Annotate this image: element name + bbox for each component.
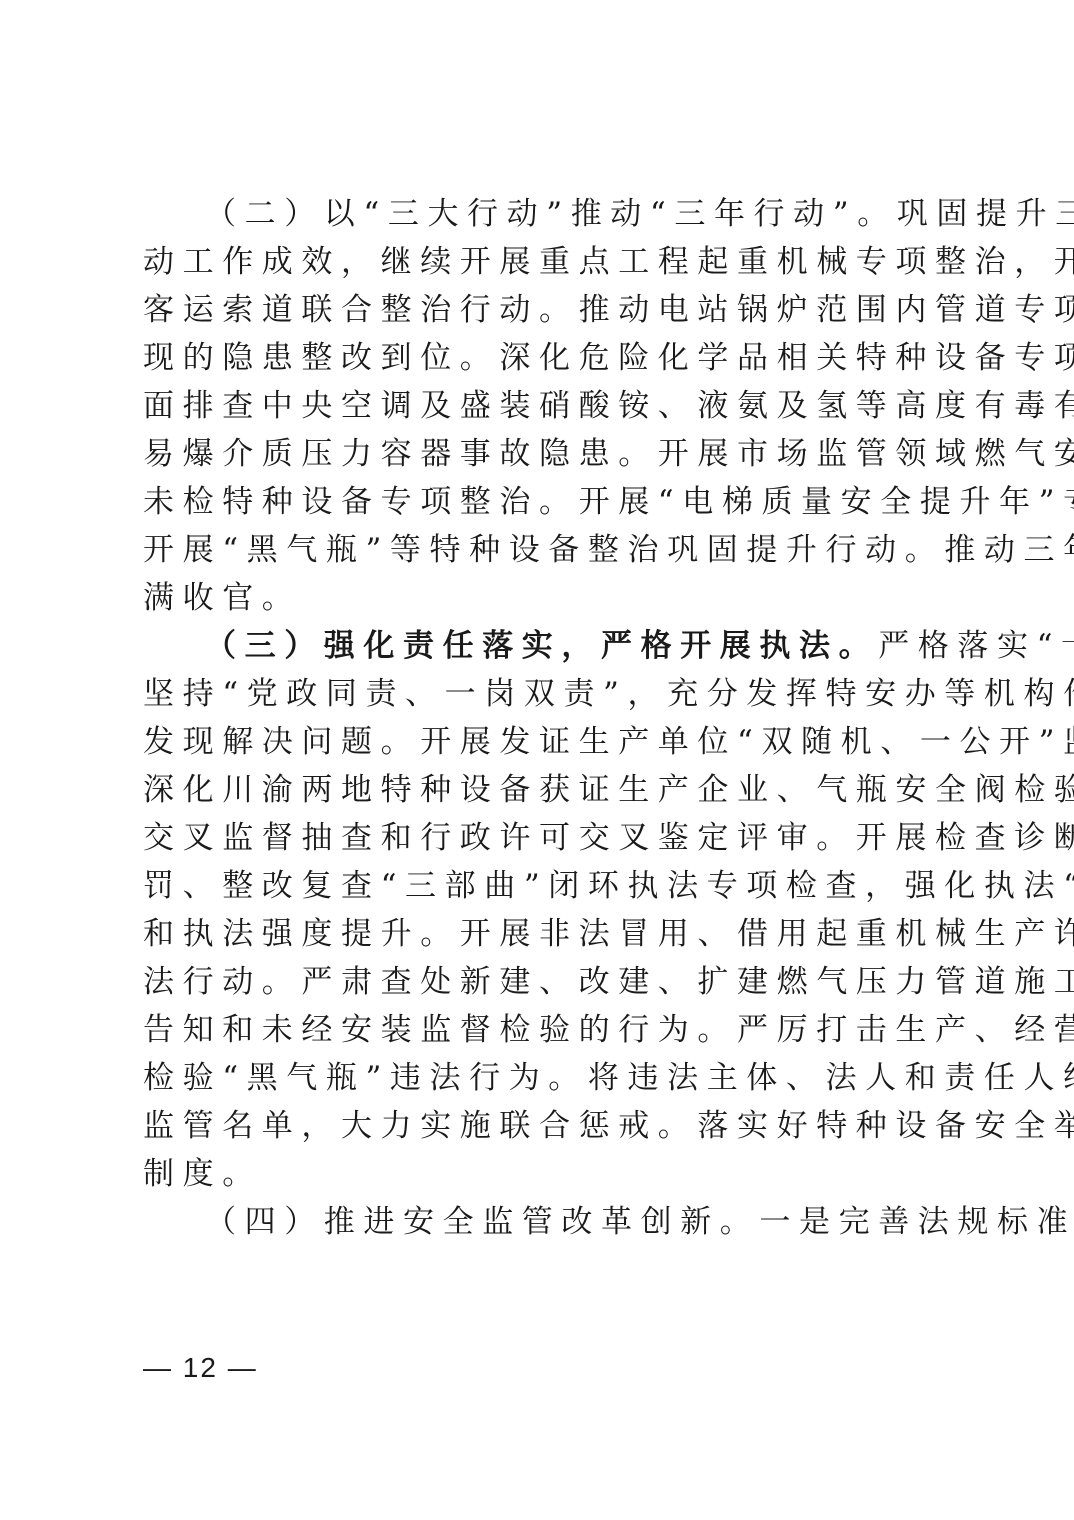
paragraph-3-line-3: 发现解决问题。开展发证生产单位“双随机、一公开”监督检查， [143,718,937,766]
paragraph-2-line-6: 易爆介质压力容器事故隐患。开展市场监管领域燃气安全、超期 [143,430,937,478]
section-heading-3: （三）强化责任落实，严格开展执法。 [205,628,878,664]
paragraph-3-line-6: 罚、整改复查“三部曲”闭环执法专项检查，强化执法“清零” [143,862,937,910]
paragraph-3-line-7: 和执法强度提升。开展非法冒用、借用起重机械生产许可集中执 [143,910,937,958]
section-heading-4: （四）推进安全监管改革创新。 [205,1204,759,1240]
paragraph-3-line-1: （三）强化责任落实，严格开展执法。严格落实“十条措施”， [143,622,937,670]
paragraph-3-line-10: 检验“黑气瓶”违法行为。将违法主体、法人和责任人纳入信用 [143,1054,937,1102]
paragraph-3-line-5: 交叉监督抽查和行政许可交叉鉴定评审。开展检查诊断、行政处 [143,814,937,862]
paragraph-3-line-9: 告知和未经安装监督检验的行为。严厉打击生产、经营、充装、 [143,1006,937,1054]
paragraph-2-line-5: 面排查中央空调及盛装硝酸铵、液氨及氢等高度有毒有害和易燃 [143,382,937,430]
paragraph-2-line-8: 开展“黑气瓶”等特种设备整治巩固提升行动。推动三年行动圆 [143,526,937,574]
paragraph-2-line-7: 未检特种设备专项整治。开展“电梯质量安全提升年”专项行动。 [143,478,937,526]
paragraph-2-line-4: 现的隐患整改到位。深化危险化学品相关特种设备专项治理，全 [143,334,937,382]
paragraph-4-line-1: （四）推进安全监管改革创新。一是完善法规标准体系。修 [143,1198,937,1246]
paragraph-2-line-2: 动工作成效，继续开展重点工程起重机械专项整治，开展滑雪场 [143,238,937,286]
paragraph-4-heading-rest: 一是完善法规标准体系。修 [759,1204,1074,1240]
page-number: — 12 — [143,1352,258,1384]
paragraph-3-line-2: 坚持“党政同责、一岗双责”，充分发挥特安办等机构作用，及时 [143,670,937,718]
paragraph-2-line-9: 满收官。 [143,574,937,622]
paragraph-3-line-12: 制度。 [143,1150,937,1198]
paragraph-2-line-1: （二）以“三大行动”推动“三年行动”。巩固提升三年行 [143,190,937,238]
document-page: （二）以“三大行动”推动“三年行动”。巩固提升三年行 动工作成效，继续开展重点工… [143,190,937,1246]
paragraph-3-line-11: 监管名单，大力实施联合惩戒。落实好特种设备安全举报和奖励 [143,1102,937,1150]
paragraph-3-heading-rest: 严格落实“十条措施”， [878,628,1074,664]
paragraph-3-line-4: 深化川渝两地特种设备获证生产企业、气瓶安全阀检验机构跨区 [143,766,937,814]
paragraph-2-line-3: 客运索道联合整治行动。推动电站锅炉范围内管道专项治理中发 [143,286,937,334]
paragraph-3-line-8: 法行动。严肃查处新建、改建、扩建燃气压力管道施工前未书面 [143,958,937,1006]
